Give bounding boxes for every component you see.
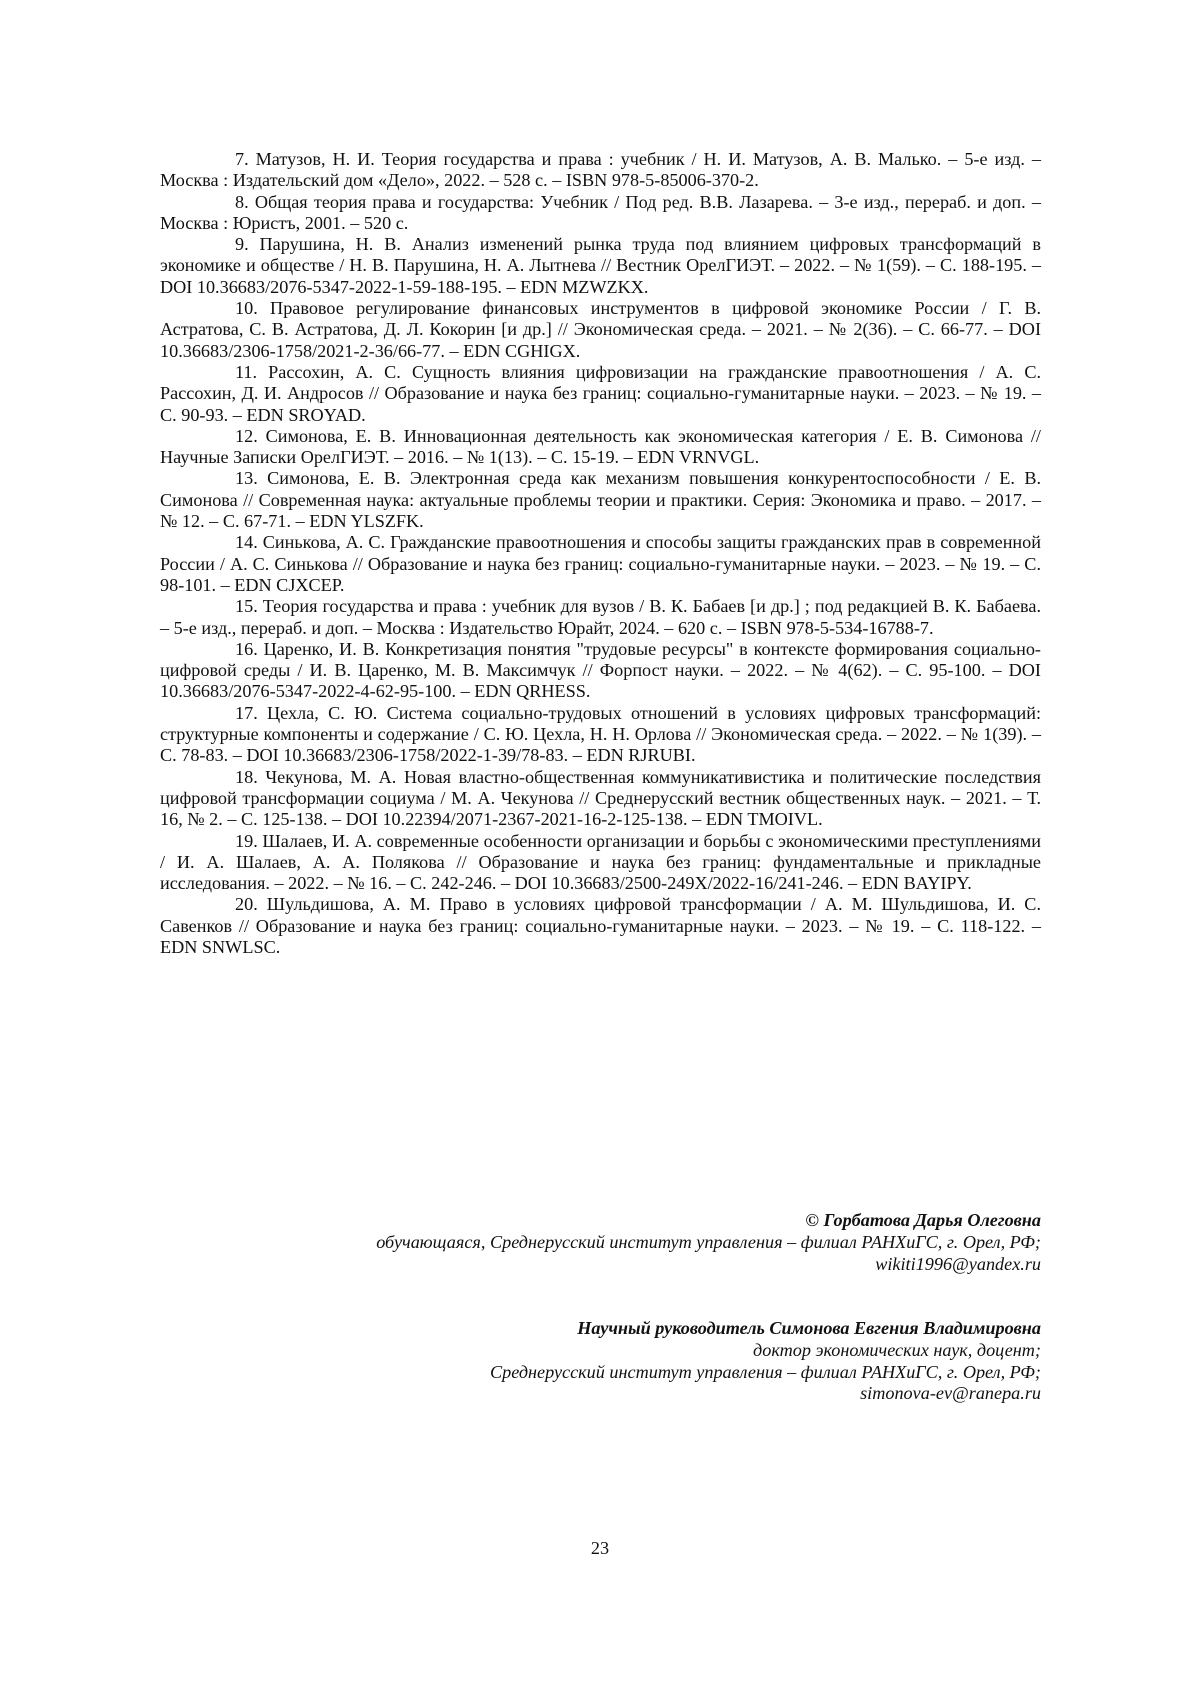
reference-item-14: 14. Синькова, А. С. Гражданские правоотн… [160,532,1041,596]
reference-item-19: 19. Шалаев, И. А. современные особенност… [160,831,1041,895]
advisor-signature: Научный руководитель Симонова Евгения Вл… [141,1318,1041,1405]
reference-item-10: 10. Правовое регулирование финансовых ин… [160,298,1041,362]
advisor-degree: доктор экономических наук, доцент; [141,1340,1041,1362]
reference-item-9: 9. Парушина, Н. В. Анализ изменений рынк… [160,234,1041,298]
reference-item-16: 16. Царенко, И. В. Конкретизация понятия… [160,639,1041,703]
reference-item-15: 15. Теория государства и права : учебник… [160,596,1041,639]
reference-item-12: 12. Симонова, Е. В. Инновационная деятел… [160,426,1041,469]
reference-item-20: 20. Шульдишова, А. М. Право в условиях ц… [160,894,1041,958]
reference-item-7: 7. Матузов, Н. И. Теория государства и п… [160,149,1041,192]
advisor-name: Научный руководитель Симонова Евгения Вл… [141,1318,1041,1340]
advisor-affiliation: Среднерусский институт управления – фили… [141,1362,1041,1384]
author-signature: © Горбатова Дарья Олеговна обучающаяся, … [141,1210,1041,1275]
author-affiliation: обучающаяся, Среднерусский институт упра… [141,1232,1041,1254]
page-number: 23 [0,1538,1200,1559]
advisor-email: simonova-ev@ranepa.ru [141,1383,1041,1405]
reference-item-17: 17. Цехла, С. Ю. Система социально-трудо… [160,703,1041,767]
author-email: wikiti1996@yandex.ru [141,1254,1041,1276]
author-name: © Горбатова Дарья Олеговна [141,1210,1041,1232]
reference-item-18: 18. Чекунова, М. А. Новая властно-общест… [160,767,1041,831]
reference-list: 7. Матузов, Н. И. Теория государства и п… [160,149,1041,958]
reference-item-8: 8. Общая теория права и государства: Уче… [160,192,1041,235]
reference-item-13: 13. Симонова, Е. В. Электронная среда ка… [160,468,1041,532]
reference-item-11: 11. Рассохин, А. С. Сущность влияния циф… [160,362,1041,426]
